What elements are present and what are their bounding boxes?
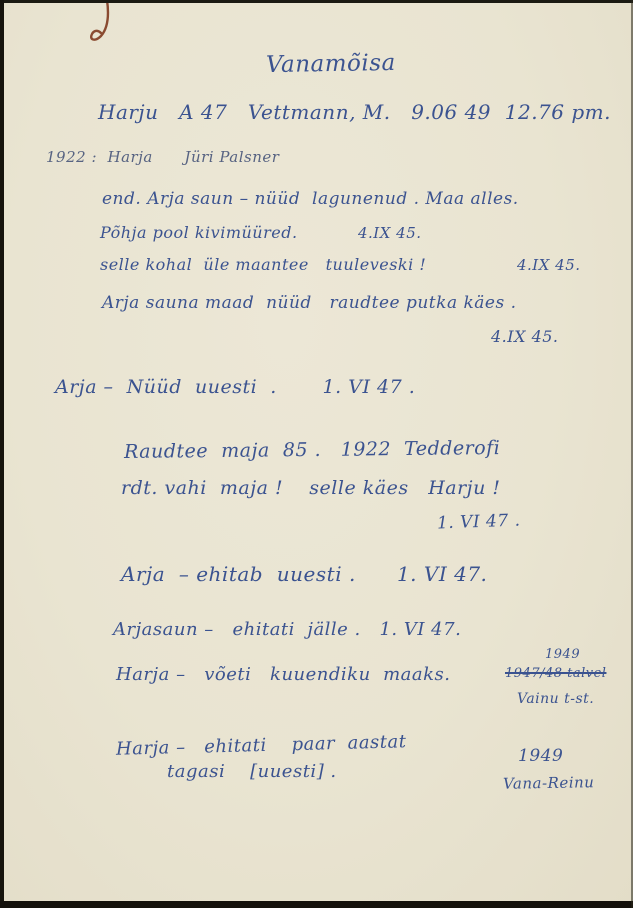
scan-edge-top [0,0,633,3]
header-line: Harju A 47 Vettmann, M. 9.06 49 12.76 pm… [98,101,611,123]
note-line: Põhja pool kivimüüred. [100,224,298,242]
subheader-line: 1922 : Harja Jüri Palsner [46,149,279,166]
note-line: Raudtee maja 85 . 1922 Tedderofi [124,438,500,463]
note-line: end. Arja saun – nüüd lagunenud . Maa al… [102,190,519,209]
note-line: Harja – ehitati paar aastat [116,732,407,759]
note-line: tagasi [uuesti] . [167,762,337,782]
note-line: rdt. vahi maja ! selle käes Harju ! [121,478,500,499]
note-line: Arja sauna maad nüüd raudtee putka käes … [102,294,517,313]
note-year: 1949 [518,747,563,766]
page-title: Vanamõisa [266,51,396,79]
scan-edge-bottom [0,901,633,908]
note-place: Vana-Reinu [503,774,595,792]
note-line: Arja – ehitab uuesti . 1. VI 47. [121,563,487,585]
note-date: 4.IX 45. [517,257,581,274]
note-station: Vainu t-st. [517,692,594,707]
note-year-added: 1949 [545,648,580,662]
note-line: selle kohal üle maantee tuuleveski ! [100,256,426,274]
note-date: 1. VI 47 . [437,512,521,534]
scanned-document: Vanamõisa Harju A 47 Vettmann, M. 9.06 4… [0,0,633,908]
note-line: Arja – Nüüd uuesti . 1. VI 47 . [55,377,415,398]
pen-stroke-mark [80,0,124,52]
scan-edge-left [0,0,4,908]
note-line: Arjasaun – ehitati jälle . 1. VI 47. [113,620,461,640]
note-line: Harja – võeti kuuendiku maaks. [116,665,451,685]
note-date: 4.IX 45. [358,225,422,242]
note-struck-text: 1947/48 talvel [505,667,606,681]
note-date: 4.IX 45. [491,328,559,346]
